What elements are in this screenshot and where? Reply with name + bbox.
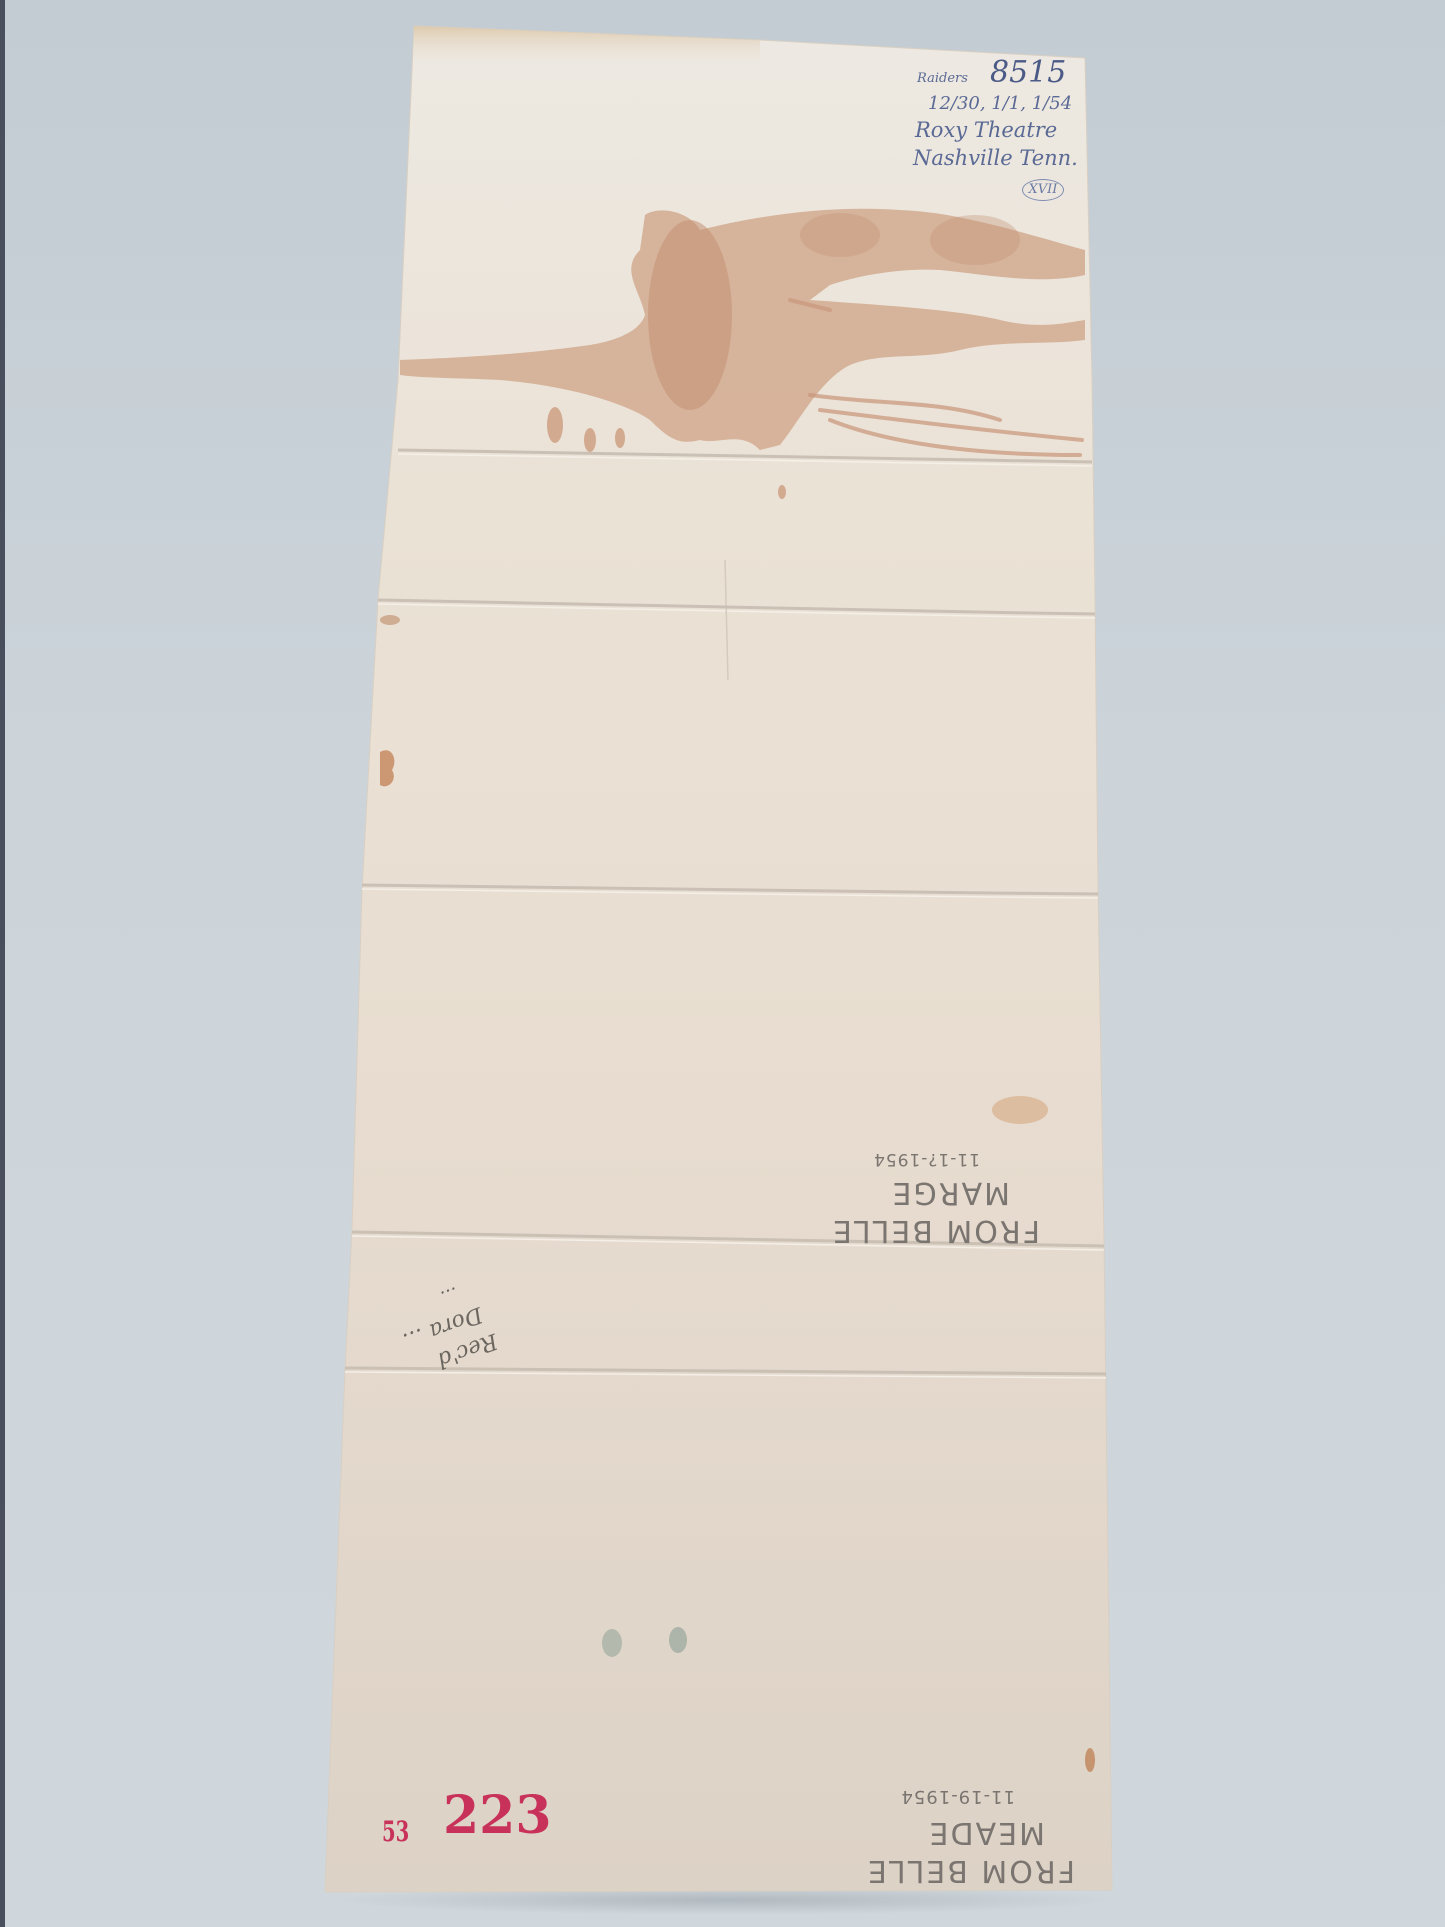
folded-paper-sheet: Raiders 8515 12/30, 1/1, 1/54 Roxy Theat… <box>0 0 1445 1927</box>
note-belle-meade: FROM BELLE MEADE 11-19-1954 <box>815 1770 1085 1885</box>
note-belle-meade-line2: MEADE <box>928 1817 1045 1847</box>
stamp-large-number: 223 <box>443 1790 552 1842</box>
note-city: Nashville Tenn. <box>913 148 1078 169</box>
stamp-small-number: 53 <box>382 1818 409 1846</box>
note-belle-meade-line1: FROM BELLE <box>866 1855 1075 1885</box>
note-belle-marge-date: 11-1?-1954 <box>873 1150 980 1167</box>
note-belle-meade-date: 11-19-1954 <box>900 1787 1015 1805</box>
note-belle-marge-line1: FROM BELLE <box>831 1215 1040 1245</box>
note-raiders-label: Raiders <box>917 72 968 85</box>
note-raiders-dates: 12/30, 1/1, 1/54 <box>928 95 1072 113</box>
note-venue: Roxy Theatre <box>915 120 1057 141</box>
note-belle-marge: FROM BELLE MARGE 11-1?-1954 <box>810 1125 1070 1245</box>
note-belle-marge-line2: MARGE <box>891 1177 1010 1207</box>
paper-illustration <box>0 0 1445 1927</box>
note-circled-mark: XVII <box>1022 179 1064 201</box>
note-left-cursive-line3: ... <box>438 1283 460 1306</box>
note-raiders-number: 8515 <box>990 58 1066 88</box>
